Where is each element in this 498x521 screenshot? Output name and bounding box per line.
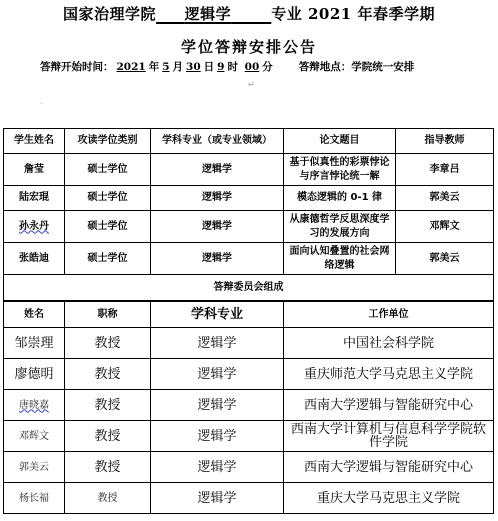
students-table: 学生姓名 攻读学位类别 学科专业（或专业领域） 论文题目 指导教师 詹莹 硕士学… <box>3 128 494 301</box>
degree-type: 硕士学位 <box>65 186 151 211</box>
thesis-title: 从康德哲学反思深度学习的发展方向 <box>284 211 396 243</box>
col-header-advisor: 指导教师 <box>396 129 494 154</box>
advisor: 郭美云 <box>396 243 494 275</box>
member-affiliation: 中国社会科学院 <box>284 328 494 359</box>
member-name: 郭美云 <box>4 452 65 483</box>
thesis-title: 模态逻辑的 0-1 律 <box>284 186 396 211</box>
col-header-major: 学科专业（或专业领域） <box>151 129 284 154</box>
table-row: 杨长福 教授 逻辑学 重庆大学马克思主义学院 <box>4 483 494 514</box>
major: 逻辑学 <box>151 154 284 186</box>
document-subtitle: 学位答辩安排公告 <box>0 36 498 57</box>
hour-unit: 时 <box>227 61 238 73</box>
member-major: 逻辑学 <box>151 359 284 390</box>
thesis-title: 基于似真性的彩票悖论与序言悖论统一解 <box>284 154 396 186</box>
paragraph-mark-icon: ↵ <box>248 80 255 89</box>
title-major: 逻辑学 <box>156 5 271 23</box>
major: 逻辑学 <box>151 243 284 275</box>
student-name: 陆宏琨 <box>4 186 65 211</box>
member-affiliation: 西南大学逻辑与智能研究中心 <box>284 390 494 421</box>
minute-unit: 分 <box>262 61 273 73</box>
member-title: 教授 <box>65 390 151 421</box>
col-header-degree: 攻读学位类别 <box>65 129 151 154</box>
table-header-row: 学生姓名 攻读学位类别 学科专业（或专业领域） 论文题目 指导教师 <box>4 129 494 154</box>
member-title: 教授 <box>65 483 151 514</box>
table-header-row: 姓名 职称 学科专业 工作单位 <box>4 302 494 328</box>
member-affiliation: 西南大学逻辑与智能研究中心 <box>284 452 494 483</box>
member-title: 教授 <box>65 452 151 483</box>
member-affiliation: 重庆师范大学马克思主义学院 <box>284 359 494 390</box>
location-label: 答辩地点： <box>299 61 352 73</box>
col-header-title: 职称 <box>65 302 151 328</box>
document-title: 国家治理学院 逻辑学 专业 2021 年春季学期 <box>0 3 498 24</box>
member-title: 教授 <box>65 328 151 359</box>
month-unit: 月 <box>173 61 184 73</box>
time-label: 答辩开始时间： <box>40 61 114 73</box>
student-name: 孙永丹 <box>4 211 65 243</box>
member-name: 唐晓嘉 <box>4 390 65 421</box>
committee-title: 答辩委员会组成 <box>4 275 494 301</box>
member-name: 廖德明 <box>4 359 65 390</box>
table-row: 詹莹 硕士学位 逻辑学 基于似真性的彩票悖论与序言悖论统一解 李章吕 <box>4 154 494 186</box>
defense-time-location: 答辩开始时间：2021年5月30日9时 00分答辩地点：学院统一安排 <box>40 59 414 74</box>
table-row: 孙永丹 硕士学位 逻辑学 从康德哲学反思深度学习的发展方向 邓辉文 <box>4 211 494 243</box>
minute-value: 00 <box>242 61 263 73</box>
hour-value: 9 <box>214 61 227 73</box>
member-title: 教授 <box>65 359 151 390</box>
major: 逻辑学 <box>151 186 284 211</box>
title-prefix: 国家治理学院 <box>63 5 156 23</box>
major: 逻辑学 <box>151 211 284 243</box>
table-row: 唐晓嘉 教授 逻辑学 西南大学逻辑与智能研究中心 <box>4 390 494 421</box>
degree-type: 硕士学位 <box>65 154 151 186</box>
committee-table: 姓名 职称 学科专业 工作单位 邹崇理 教授 逻辑学 中国社会科学院 廖德明 教… <box>3 301 494 514</box>
student-name: 詹莹 <box>4 154 65 186</box>
location-value: 学院统一安排 <box>351 61 414 73</box>
member-affiliation: 西南大学计算机与信息科学学院软件学院 <box>284 421 494 452</box>
advisor: 李章吕 <box>396 154 494 186</box>
member-major: 逻辑学 <box>151 421 284 452</box>
title-suffix: 专业 2021 年春季学期 <box>271 5 435 23</box>
day-value: 30 <box>183 61 204 73</box>
student-name: 张皓迪 <box>4 243 65 275</box>
member-name: 邓辉文 <box>4 421 65 452</box>
member-name: 杨长福 <box>4 483 65 514</box>
year-value: 2021 <box>114 61 149 73</box>
table-row: 陆宏琨 硕士学位 逻辑学 模态逻辑的 0-1 律 郭美云 <box>4 186 494 211</box>
advisor: 邓辉文 <box>396 211 494 243</box>
col-header-student-name: 学生姓名 <box>4 129 65 154</box>
member-title: 教授 <box>65 421 151 452</box>
member-affiliation: 重庆大学马克思主义学院 <box>284 483 494 514</box>
thesis-title: 面向认知叠置的社会网络逻辑 <box>284 243 396 275</box>
member-major: 逻辑学 <box>151 483 284 514</box>
member-major: 逻辑学 <box>151 328 284 359</box>
advisor: 郭美云 <box>396 186 494 211</box>
member-major: 逻辑学 <box>151 390 284 421</box>
col-header-name: 姓名 <box>4 302 65 328</box>
table-row: 邹崇理 教授 逻辑学 中国社会科学院 <box>4 328 494 359</box>
table-row: 张皓迪 硕士学位 逻辑学 面向认知叠置的社会网络逻辑 郭美云 <box>4 243 494 275</box>
month-value: 5 <box>159 61 172 73</box>
committee-title-row: 答辩委员会组成 <box>4 275 494 301</box>
col-header-major: 学科专业 <box>151 302 284 328</box>
col-header-affiliation: 工作单位 <box>284 302 494 328</box>
paragraph-mark-icon: . <box>40 97 43 106</box>
degree-type: 硕士学位 <box>65 211 151 243</box>
table-row: 郭美云 教授 逻辑学 西南大学逻辑与智能研究中心 <box>4 452 494 483</box>
day-unit: 日 <box>204 61 215 73</box>
member-name: 邹崇理 <box>4 328 65 359</box>
year-unit: 年 <box>149 61 160 73</box>
table-row: 邓辉文 教授 逻辑学 西南大学计算机与信息科学学院软件学院 <box>4 421 494 452</box>
col-header-thesis: 论文题目 <box>284 129 396 154</box>
degree-type: 硕士学位 <box>65 243 151 275</box>
member-major: 逻辑学 <box>151 452 284 483</box>
table-row: 廖德明 教授 逻辑学 重庆师范大学马克思主义学院 <box>4 359 494 390</box>
